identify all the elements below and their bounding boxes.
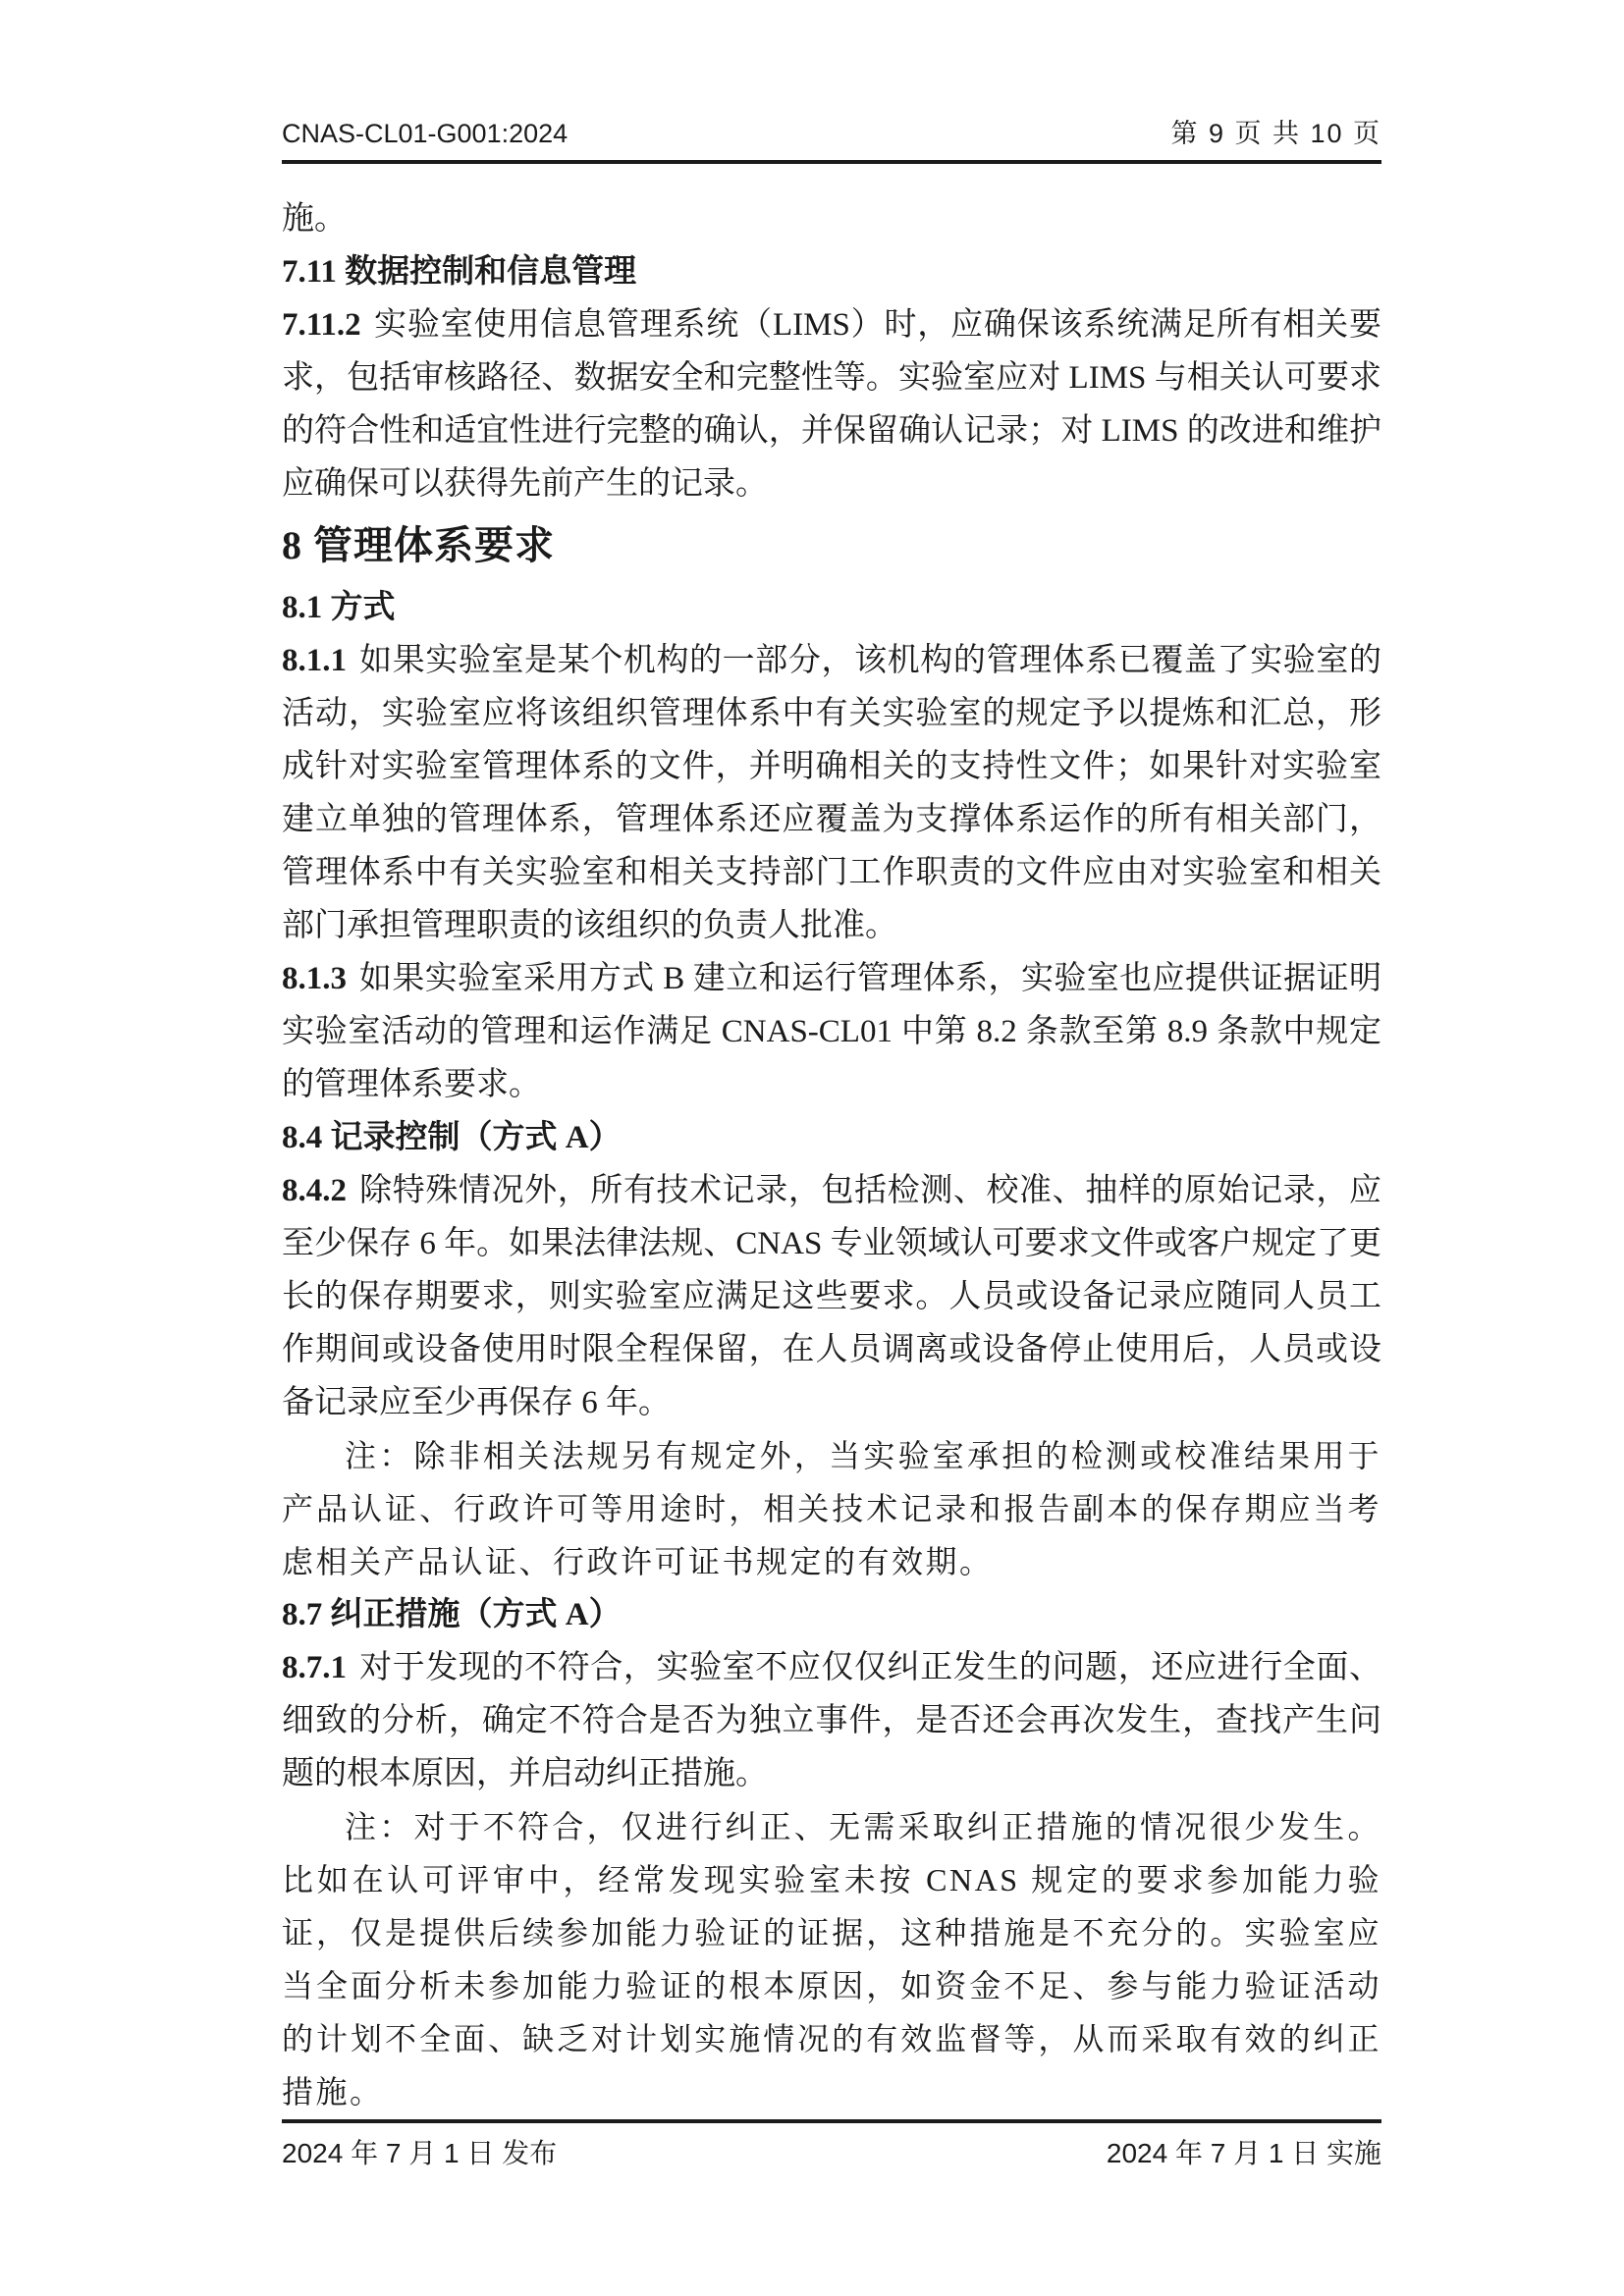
clause-number: 7.11.2 — [282, 307, 361, 343]
page-header: CNAS-CL01-G001:2024 第 9 页 共 10 页 — [282, 118, 1381, 164]
document-page: CNAS-CL01-G001:2024 第 9 页 共 10 页 施。 7.11… — [0, 0, 1624, 2296]
heading-7-11: 7.11 数据控制和信息管理 — [282, 245, 1381, 298]
clause-text: 实验室使用信息管理系统（LIMS）时，应确保该系统满足所有相关要求，包括审核路径… — [282, 307, 1381, 502]
heading-8-7: 8.7 纠正措施（方式 A） — [282, 1588, 1381, 1641]
clause-8-1-1: 8.1.1如果实验室是某个机构的一部分，该机构的管理体系已覆盖了实验室的活动，实… — [282, 634, 1381, 952]
heading-8-4: 8.4 记录控制（方式 A） — [282, 1111, 1381, 1164]
clause-text: 如果实验室是某个机构的一部分，该机构的管理体系已覆盖了实验室的活动，实验室应将该… — [282, 643, 1381, 943]
clause-number: 8.1.1 — [282, 643, 347, 678]
document-body: 施。 7.11 数据控制和信息管理 7.11.2实验室使用信息管理系统（LIMS… — [282, 192, 1381, 2118]
implementation-date: 2024 年 7 月 1 日 实施 — [1107, 2137, 1381, 2170]
paragraph-continuation: 施。 — [282, 192, 1381, 245]
page-footer: 2024 年 7 月 1 日 发布 2024 年 7 月 1 日 实施 — [282, 2119, 1381, 2170]
clause-8-7-1: 8.7.1对于发现的不符合，实验室不应仅仅纠正发生的问题，还应进行全面、细致的分… — [282, 1641, 1381, 1800]
clause-8-4-2: 8.4.2除特殊情况外，所有技术记录，包括检测、校准、抽样的原始记录，应至少保存… — [282, 1164, 1381, 1429]
clause-text: 对于发现的不符合，实验室不应仅仅纠正发生的问题，还应进行全面、细致的分析，确定不… — [282, 1650, 1381, 1791]
heading-8-1: 8.1 方式 — [282, 581, 1381, 634]
clause-text: 如果实验室采用方式 B 建立和运行管理体系，实验室也应提供证据证明实验室活动的管… — [282, 961, 1381, 1102]
note-8-7: 注：对于不符合，仅进行纠正、无需采取纠正措施的情况很少发生。比如在认可评审中，经… — [282, 1800, 1381, 2118]
clause-7-11-2: 7.11.2实验室使用信息管理系统（LIMS）时，应确保该系统满足所有相关要求，… — [282, 298, 1381, 510]
issue-date: 2024 年 7 月 1 日 发布 — [282, 2137, 557, 2170]
clause-8-1-3: 8.1.3如果实验室采用方式 B 建立和运行管理体系，实验室也应提供证据证明实验… — [282, 952, 1381, 1111]
clause-number: 8.1.3 — [282, 961, 347, 996]
document-code: CNAS-CL01-G001:2024 — [282, 118, 568, 149]
page-number: 第 9 页 共 10 页 — [1170, 118, 1381, 149]
note-8-4: 注：除非相关法规另有规定外，当实验室承担的检测或校准结果用于产品认证、行政许可等… — [282, 1429, 1381, 1588]
clause-text: 除特殊情况外，所有技术记录，包括检测、校准、抽样的原始记录，应至少保存 6 年。… — [282, 1173, 1381, 1420]
clause-number: 8.7.1 — [282, 1650, 347, 1685]
clause-number: 8.4.2 — [282, 1173, 347, 1208]
heading-8: 8 管理体系要求 — [282, 510, 1381, 581]
